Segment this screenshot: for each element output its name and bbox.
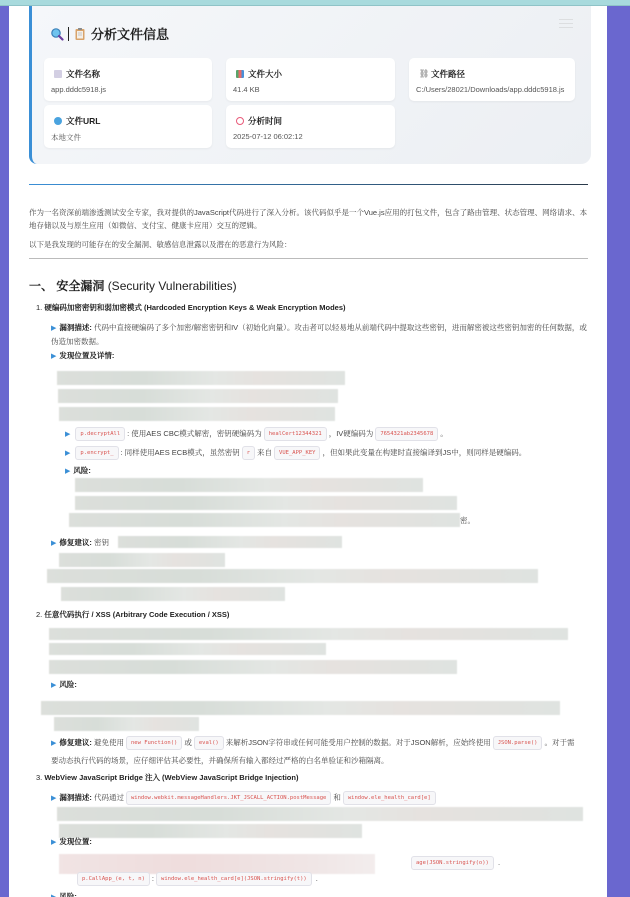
triangle-bullet-icon: ▶	[51, 325, 56, 332]
globe-icon	[54, 117, 62, 125]
tile-file-url: 文件URL 本地文件	[44, 105, 212, 148]
item-title-text: 硬编码加密密钥和弱加密模式 (Hardcoded Encryption Keys…	[44, 303, 345, 312]
intro-summary: 以下是我发现的可能存在的安全漏洞、敏感信息泄露以及潜在的恶意行为风险：	[29, 238, 591, 251]
item-number: 3.	[36, 773, 42, 782]
file-info-title: 分析文件信息	[50, 24, 169, 43]
label: 风险:	[59, 892, 77, 897]
text: ，IV硬编码为	[329, 429, 374, 438]
item-1-risk: ▶风险:	[65, 464, 91, 478]
inline-code: new Function()	[126, 736, 182, 750]
alarm-clock-icon	[236, 117, 244, 125]
label: 修复建议:	[59, 738, 92, 747]
tile-value: app.dddc5918.js	[51, 85, 106, 94]
tile-label: 文件路径	[431, 68, 465, 80]
redacted-content	[59, 553, 225, 567]
item-3-description: ▶漏洞描述: 代码通过window.webkit.messageHandlers…	[51, 791, 438, 805]
item-3-found-location: ▶发现位置:	[51, 835, 92, 849]
tile-value: 2025-07-12 06:02:12	[233, 132, 303, 141]
item-3-title: 3. WebView JavaScript Bridge 注入 (WebView…	[36, 772, 298, 783]
tile-value: C:/Users/28021/Downloads/app.dddc5918.js	[416, 85, 564, 94]
redacted-content	[61, 587, 285, 601]
inline-code: healCert12344321	[264, 427, 327, 441]
inline-code: VUE_APP_KEY	[274, 446, 320, 460]
tile-file-name: 文件名称 app.dddc5918.js	[44, 58, 212, 101]
tile-analysis-time: 分析时间 2025-07-12 06:02:12	[226, 105, 395, 148]
text: 。	[440, 429, 448, 438]
intro-paragraph: 作为一名资深前端渗透测试安全专家，我对提供的JavaScript代码进行了深入分…	[29, 206, 591, 232]
text: 来自	[257, 448, 272, 457]
redacted-content	[41, 701, 560, 715]
tile-label: 文件URL	[66, 115, 100, 127]
magnifier-icon	[50, 27, 64, 41]
label: 漏洞描述:	[59, 323, 92, 332]
redacted-content	[57, 371, 345, 385]
redacted-content	[59, 824, 362, 838]
item-1-title: 1. 硬编码加密密钥和弱加密模式 (Hardcoded Encryption K…	[36, 302, 346, 313]
triangle-bullet-icon: ▶	[51, 795, 56, 802]
triangle-bullet-icon: ▶	[51, 540, 56, 547]
tile-label: 文件大小	[248, 68, 282, 80]
inline-code: eval()	[194, 736, 224, 750]
clipboard-icon	[73, 27, 87, 41]
redacted-content	[47, 569, 538, 583]
label: 漏洞描述:	[59, 793, 92, 802]
text-cursor	[68, 27, 69, 41]
inline-code: window.webkit.messageHandlers.JKT_JSCALL…	[126, 791, 331, 805]
label: 修复建议:	[59, 538, 92, 547]
text: : 使用AES CBC模式解密，密钥硬编码为	[127, 429, 262, 438]
redacted-content	[75, 496, 457, 510]
item-2-risk: ▶风险:	[51, 678, 77, 692]
inline-code: r	[242, 446, 255, 460]
redacted-content	[49, 628, 568, 640]
tile-file-path: ⛓文件路径 C:/Users/28021/Downloads/app.dddc5…	[409, 58, 575, 101]
redacted-content	[54, 717, 199, 731]
text: 代码通过	[94, 793, 124, 802]
item-1-description: ▶漏洞描述: 代码中直接硬编码了多个加密/解密密钥和IV（初始化向量）。攻击者可…	[51, 321, 591, 348]
file-info-card: 分析文件信息 文件名称 app.dddc5918.js 文件大小 41.4 KB…	[29, 6, 591, 164]
file-info-heading: 分析文件信息	[91, 24, 169, 43]
triangle-bullet-icon: ▶	[65, 431, 70, 438]
redacted-content	[118, 536, 342, 548]
label: 发现位置:	[59, 837, 92, 846]
label: 风险:	[73, 466, 91, 475]
item-title-text: WebView JavaScript Bridge 注入 (WebView Ja…	[44, 773, 298, 782]
section-heading-vulnerabilities: 一、 安全漏洞 (Security Vulnerabilities)	[29, 277, 237, 294]
text: 来解析JSON字符串或任何可能受用户控制的数据。对于JSON解析，应始终使用	[226, 738, 491, 747]
inline-code: 7654321ab2345678	[375, 427, 438, 441]
text: 和	[333, 793, 341, 802]
redacted-content	[75, 478, 423, 492]
inline-code: window.ele_health_card[e](JSON.stringify…	[156, 872, 312, 886]
text: ，但如果此变量在构建时直接编译到JS中，则同样是硬编码。	[322, 448, 526, 457]
item-1-fix: ▶修复建议: 密钥	[51, 536, 109, 550]
inline-code: age(JSON.stringify(o))	[411, 856, 494, 870]
triangle-bullet-icon: ▶	[51, 740, 56, 747]
divider	[29, 258, 588, 259]
inline-code: window.ele_health_card[e]	[343, 791, 436, 805]
text: : 同样使用AES ECB模式，虽然密钥	[121, 448, 240, 457]
item-1-found-location: ▶发现位置及详情:	[51, 349, 114, 363]
text: 避免使用	[94, 738, 124, 747]
divider	[29, 184, 588, 185]
section-title-en: (Security Vulnerabilities)	[108, 279, 237, 293]
triangle-bullet-icon: ▶	[51, 839, 56, 846]
inline-code: p.decryptAll	[75, 427, 125, 441]
risk-tail-text: 密。	[460, 514, 475, 527]
redacted-content	[57, 807, 583, 821]
text: 密钥	[94, 538, 109, 547]
text: :	[152, 874, 154, 883]
inline-code: JSON.parse()	[493, 736, 543, 750]
item-number: 1.	[36, 303, 42, 312]
item-3-risk: ▶风险:	[51, 890, 77, 897]
item-title-text: 任意代码执行 / XSS (Arbitrary Code Execution /…	[44, 610, 229, 619]
redacted-content	[49, 660, 457, 674]
inline-code: p.CallApp_(e, t, n)	[77, 872, 150, 886]
location-2: p.CallApp_(e, t, n):window.ele_health_ca…	[75, 872, 318, 886]
triangle-bullet-icon: ▶	[65, 468, 70, 475]
location-1: age(JSON.stringify(o)) .	[409, 856, 500, 870]
triangle-bullet-icon: ▶	[65, 450, 70, 457]
label: 发现位置及详情:	[59, 351, 114, 360]
redacted-content	[59, 854, 375, 874]
item-2-title: 2. 任意代码执行 / XSS (Arbitrary Code Executio…	[36, 609, 229, 620]
tile-label: 分析时间	[248, 115, 282, 127]
section-title-cn: 一、 安全漏洞	[29, 279, 104, 293]
redacted-content	[49, 643, 326, 655]
report-page: 分析文件信息 文件名称 app.dddc5918.js 文件大小 41.4 KB…	[9, 6, 607, 897]
link-icon: ⛓	[419, 70, 427, 78]
item-2-fix: ▶修复建议: 避免使用new Function()或eval()来解析JSON字…	[51, 734, 581, 769]
tile-value: 41.4 KB	[233, 85, 260, 94]
file-icon	[54, 70, 62, 78]
tile-file-size: 文件大小 41.4 KB	[226, 58, 395, 101]
label: 风险:	[59, 680, 77, 689]
redacted-content	[59, 407, 335, 421]
redacted-content	[58, 389, 338, 403]
faded-menu-icon	[559, 16, 573, 30]
inline-code: p.encrypt_	[75, 446, 118, 460]
text: 或	[184, 738, 192, 747]
detail-encrypt: ▶p.encrypt_: 同样使用AES ECB模式，虽然密钥r来自VUE_AP…	[65, 446, 526, 460]
detail-decrypt: ▶p.decryptAll: 使用AES CBC模式解密，密钥硬编码为healC…	[65, 427, 448, 441]
triangle-bullet-icon: ▶	[51, 353, 56, 360]
redacted-content	[69, 513, 460, 527]
text: 代码中直接硬编码了多个加密/解密密钥和IV（初始化向量）。攻击者可以轻易地从前端…	[51, 323, 587, 346]
item-number: 2.	[36, 610, 42, 619]
triangle-bullet-icon: ▶	[51, 682, 56, 689]
tile-value: 本地文件	[51, 132, 81, 143]
tile-label: 文件名称	[66, 68, 100, 80]
bar-chart-icon	[236, 70, 244, 78]
